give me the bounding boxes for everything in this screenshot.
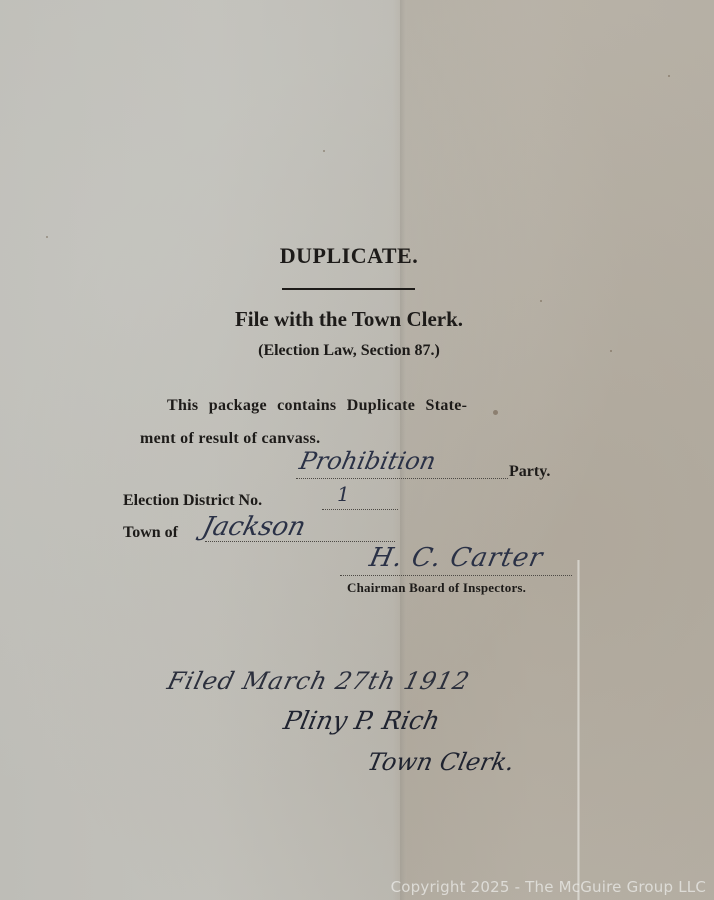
chairman-label: Chairman Board of Inspectors. xyxy=(347,580,526,596)
body-line-1: This package contains Duplicate State- xyxy=(167,397,467,415)
filed-note: Filed March 27th 1912 xyxy=(165,667,473,695)
chairman-signature: H. C. Carter xyxy=(367,543,546,573)
clerk-title: Town Clerk. xyxy=(365,748,517,776)
document-title: DUPLICATE. xyxy=(0,243,698,269)
ink-speck xyxy=(493,410,498,415)
party-field-value: Prohibition xyxy=(297,447,438,475)
ink-speck xyxy=(323,150,325,152)
copyright-watermark: Copyright 2025 - The McGuire Group LLC xyxy=(391,878,706,896)
district-field-line xyxy=(322,509,398,510)
ink-speck xyxy=(668,75,670,77)
ink-speck xyxy=(540,300,542,302)
district-field-value: 1 xyxy=(337,482,350,506)
district-label: Election District No. xyxy=(123,492,262,510)
town-label: Town of xyxy=(123,524,178,542)
paper-crease xyxy=(577,560,580,900)
document-subtitle: File with the Town Clerk. xyxy=(0,307,698,332)
town-field-value: Jackson xyxy=(199,512,308,542)
title-rule xyxy=(282,288,415,290)
chairman-signature-line xyxy=(340,575,572,576)
citation: (Election Law, Section 87.) xyxy=(0,342,698,360)
party-label: Party. xyxy=(509,463,550,481)
clerk-signature: Pliny P. Rich xyxy=(281,706,443,735)
ink-speck xyxy=(46,236,48,238)
body-line-2: ment of result of canvass. xyxy=(140,430,320,448)
party-field-line xyxy=(296,478,508,479)
